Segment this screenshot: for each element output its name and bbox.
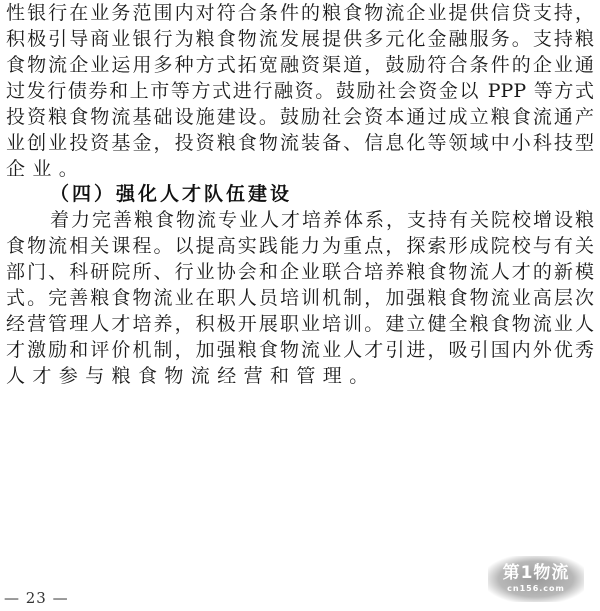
page-number: — 23 — — [4, 589, 69, 607]
text-line: 积极引导商业银行为粮食物流发展提供多元化金融服务。支持粮 — [6, 26, 594, 52]
watermark-logo-icon: 第1物流 cn156.com — [488, 556, 584, 602]
watermark-title: 第1物流 — [488, 556, 584, 584]
text-line: 性银行在业务范围内对符合条件的粮食物流企业提供信贷支持， — [6, 0, 594, 26]
text-line: 部门、科研院所、行业协会和企业联合培养粮食物流人才的新模 — [6, 259, 594, 285]
watermark-url: cn156.com — [488, 584, 584, 594]
text-line: 着力完善粮食物流专业人才培养体系，支持有关院校增设粮 — [50, 207, 594, 233]
text-line: 业创业投资基金，投资粮食物流装备、信息化等领域中小科技型 — [6, 130, 594, 156]
document-page: 性银行在业务范围内对符合条件的粮食物流企业提供信贷支持， 积极引导商业银行为粮食… — [0, 0, 600, 611]
text-line: 投资粮食物流基础设施建设。鼓励社会资本通过成立粮食流通产 — [6, 104, 594, 130]
text-line: 经营管理人才培养，积极开展职业培训。建立健全粮食物流业人 — [6, 311, 594, 337]
text-line: 食物流相关课程。以提高实践能力为重点，探索形成院校与有关 — [6, 233, 594, 259]
text-line: 式。完善粮食物流业在职人员培训机制，加强粮食物流业高层次 — [6, 285, 594, 311]
text-line: 食物流企业运用多种方式拓宽融资渠道，鼓励符合条件的企业通 — [6, 52, 594, 78]
section-heading: （四）强化人才队伍建设 — [50, 181, 292, 207]
text-line: 才激励和评价机制，加强粮食物流业人才引进，吸引国内外优秀 — [6, 337, 594, 363]
text-line: 人才参与粮食物流经营和管理。 — [6, 363, 594, 389]
text-line: 过发行债券和上市等方式进行融资。鼓励社会资金以 PPP 等方式 — [6, 78, 594, 104]
text-line: 企业。 — [6, 156, 594, 182]
